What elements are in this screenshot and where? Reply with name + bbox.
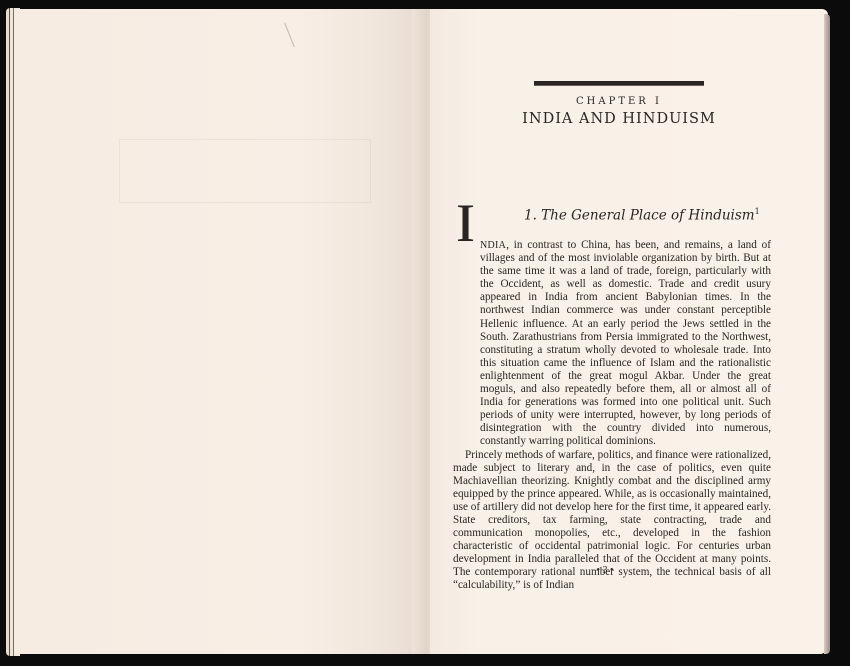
paragraph-1: NDIA, in contrast to China, has been, an…	[453, 239, 771, 449]
bleed-through-mark	[119, 139, 371, 203]
chapter-title: INDIA AND HINDUISM	[504, 111, 734, 127]
chapter-label: CHAPTER I	[534, 96, 704, 107]
paragraph-1-text: , in contrast to China, has been, and re…	[480, 239, 771, 447]
page-number: • 3 •	[585, 565, 625, 576]
chapter-rule	[534, 81, 704, 86]
section-title: 1. The General Place of Hinduism1	[524, 207, 784, 224]
left-page	[14, 9, 419, 654]
right-page-edge	[824, 14, 830, 654]
paper-scratch	[284, 23, 295, 47]
footnote-marker: 1	[755, 207, 760, 216]
first-word-small-caps: NDIA	[480, 240, 506, 251]
body-text: NDIA, in contrast to China, has been, an…	[453, 239, 771, 593]
book-spread: CHAPTER I INDIA AND HINDUISM I 1. The Ge…	[0, 0, 850, 666]
section-title-text: 1. The General Place of Hinduism	[524, 208, 755, 224]
